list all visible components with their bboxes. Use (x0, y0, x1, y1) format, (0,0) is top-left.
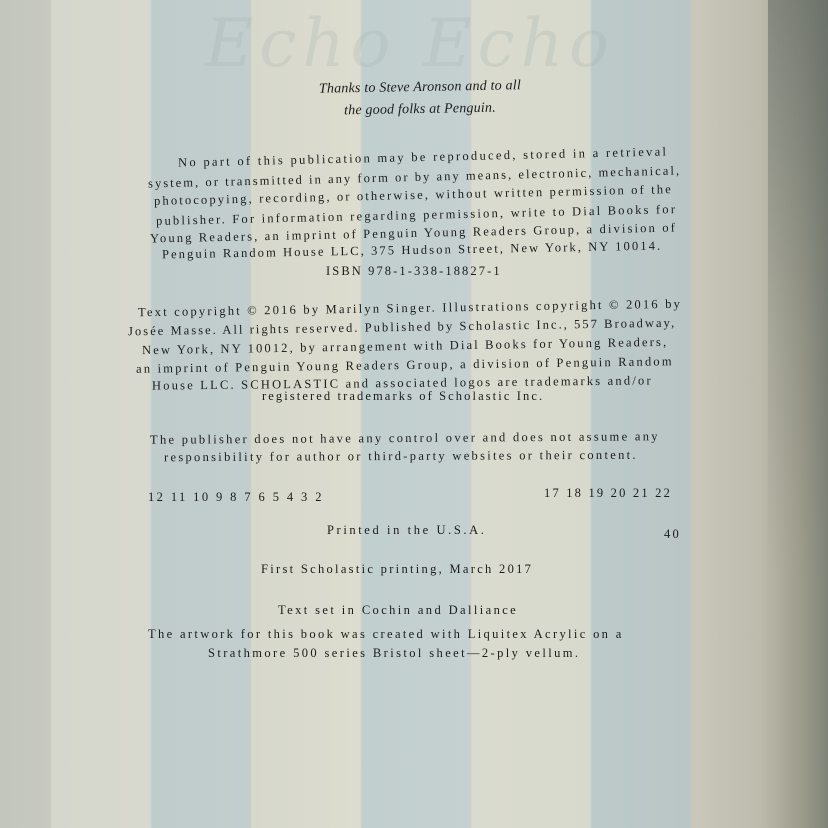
copyright-page: Echo Echo Thanks to Steve Aronson and to… (0, 0, 828, 828)
dedication-line-2: the good folks at Penguin. (240, 99, 600, 121)
disclaimer-line-2: responsibility for author or third-party… (164, 448, 638, 465)
artwork-line-1: The artwork for this book was created wi… (148, 627, 624, 642)
disclaimer-line-1: The publisher does not have any control … (150, 429, 660, 448)
isbn: ISBN 978-1-338-18827-1 (326, 264, 502, 279)
copyright-line-6: registered trademarks of Scholastic Inc. (262, 389, 544, 404)
printed-in: Printed in the U.S.A. (327, 523, 486, 538)
first-printing: First Scholastic printing, March 2017 (261, 562, 533, 577)
typeface-note: Text set in Cochin and Dalliance (278, 603, 518, 618)
printer-code: 40 (664, 527, 681, 542)
printing-numbers-right: 17 18 19 20 21 22 (544, 486, 672, 501)
bleed-through-title: Echo Echo (160, 5, 660, 75)
artwork-line-2: Strathmore 500 series Bristol sheet—2-pl… (208, 646, 580, 661)
dedication-line-1: Thanks to Steve Aronson and to all (240, 77, 600, 99)
page-shadow (768, 0, 828, 828)
printing-numbers-left: 12 11 10 9 8 7 6 5 4 3 2 (148, 490, 324, 505)
